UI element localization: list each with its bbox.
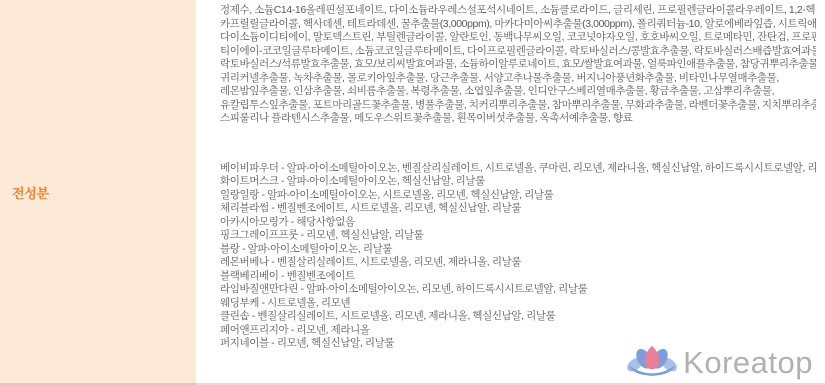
ingredients-paragraph: 정제수, 소듐C14-16올레핀설포네이트, 다이소듐라우레스설포석시네이트, … (220, 4, 816, 126)
fragrance-line: 블랙베리베이 - 벤질벤조에이트 (220, 270, 816, 284)
fragrance-notes-list: 베이비파우더 - 알파-아이소메틸아이오논, 벤질살리실레이트, 시트로넬올, … (220, 162, 816, 351)
ingredient-line: 티이에이-코코일글루타메이트, 소듐코코일글루타메이트, 다이프로필렌글라이콜,… (220, 45, 816, 59)
ingredient-line: 다이소듐이디티에이, 말토덱스트린, 부틸렌글라이콜, 알란토인, 동백나무씨오… (220, 31, 816, 45)
fragrance-line: 일랑일랑 - 알파-아이소메틸아이오논, 시트로넬올, 리모넨, 헥실신남알, … (220, 189, 816, 203)
fragrance-line: 웨딩부케 - 시트로넬올, 리모넨 (220, 297, 816, 311)
fragrance-line: 페어앤프리지아 - 리모넨, 제라니올 (220, 324, 816, 338)
fragrance-line: 클린솝 - 벤질살리실레이트, 시트로넬올, 리모넨, 제라니올, 헥실신남알,… (220, 310, 816, 324)
fragrance-line: 블랑 - 알파-아이소메틸아이오논, 리날룰 (220, 243, 816, 257)
ingredient-line: 카프릴릴글라이콜, 헥사데센, 테트라데센, 꿀추출물(3,000ppm), 마… (220, 18, 816, 32)
product-ingredients-section: 전성분 정제수, 소듐C14-16올레핀설포네이트, 다이소듐라우레스설포석시네… (0, 0, 825, 385)
fragrance-line: 레몬버베나 - 벤질살리실레이트, 시트로넬올, 리모넨, 제라니올, 리날룰 (220, 256, 816, 270)
ingredient-line: 귀리커넬추출물, 녹차추출물, 몰로키아잎추출물, 당근추출물, 서양고추나물추… (220, 72, 816, 86)
koreatop-logo: Koreatop (626, 343, 813, 381)
fragrance-line: 라임바질앤만다린 - 알파-아이소메틸아이오논, 리모넨, 하이드록시시트로넬알… (220, 283, 816, 297)
ingredient-line: 유칼립투스잎추출물, 포트마리골드꽃추출물, 병풀추출물, 치커리뿌리추출물, … (220, 99, 816, 113)
koreatop-logo-text: Koreatop (683, 347, 813, 378)
fragrance-line: 베이비파우더 - 알파-아이소메틸아이오논, 벤질살리실레이트, 시트로넬올, … (220, 162, 816, 176)
ingredients-content: 정제수, 소듐C14-16올레핀설포네이트, 다이소듐라우레스설포석시네이트, … (220, 4, 816, 351)
ingredients-label-cell: 전성분 (0, 0, 196, 385)
fragrance-line: 핑크그레이프프룻 - 리모넨, 헥실신남알, 리날룰 (220, 229, 816, 243)
fragrance-line: 체리블라썸 - 벤질벤조에이트, 시트로넬올, 리모넨, 헥실신남알, 리날룰 (220, 202, 816, 216)
ingredient-line: 락토바실러스/석류발효추출물, 효모/보리씨발효여과물, 소듐하이알루로네이트,… (220, 58, 816, 72)
ingredient-line: 스피룰리나 플라텐시스추출물, 메도우스위트꽃추출물, 흰목이버섯추출물, 옥촉… (220, 112, 816, 126)
fragrance-line: 아카시아모링가 - 해당사항없음 (220, 216, 816, 230)
ingredient-line: 레몬밤잎추출물, 인삼추출물, 쇠비름추출물, 복령추출물, 소엽잎추출물, 인… (220, 85, 816, 99)
ingredients-label: 전성분 (12, 183, 49, 202)
fragrance-line: 화이트머스크 - 알파-아이소메틸아이오논, 헥실신남알, 리날룰 (220, 175, 816, 189)
lotus-flower-icon (626, 343, 678, 381)
ingredient-line: 정제수, 소듐C14-16올레핀설포네이트, 다이소듐라우레스설포석시네이트, … (220, 4, 816, 18)
